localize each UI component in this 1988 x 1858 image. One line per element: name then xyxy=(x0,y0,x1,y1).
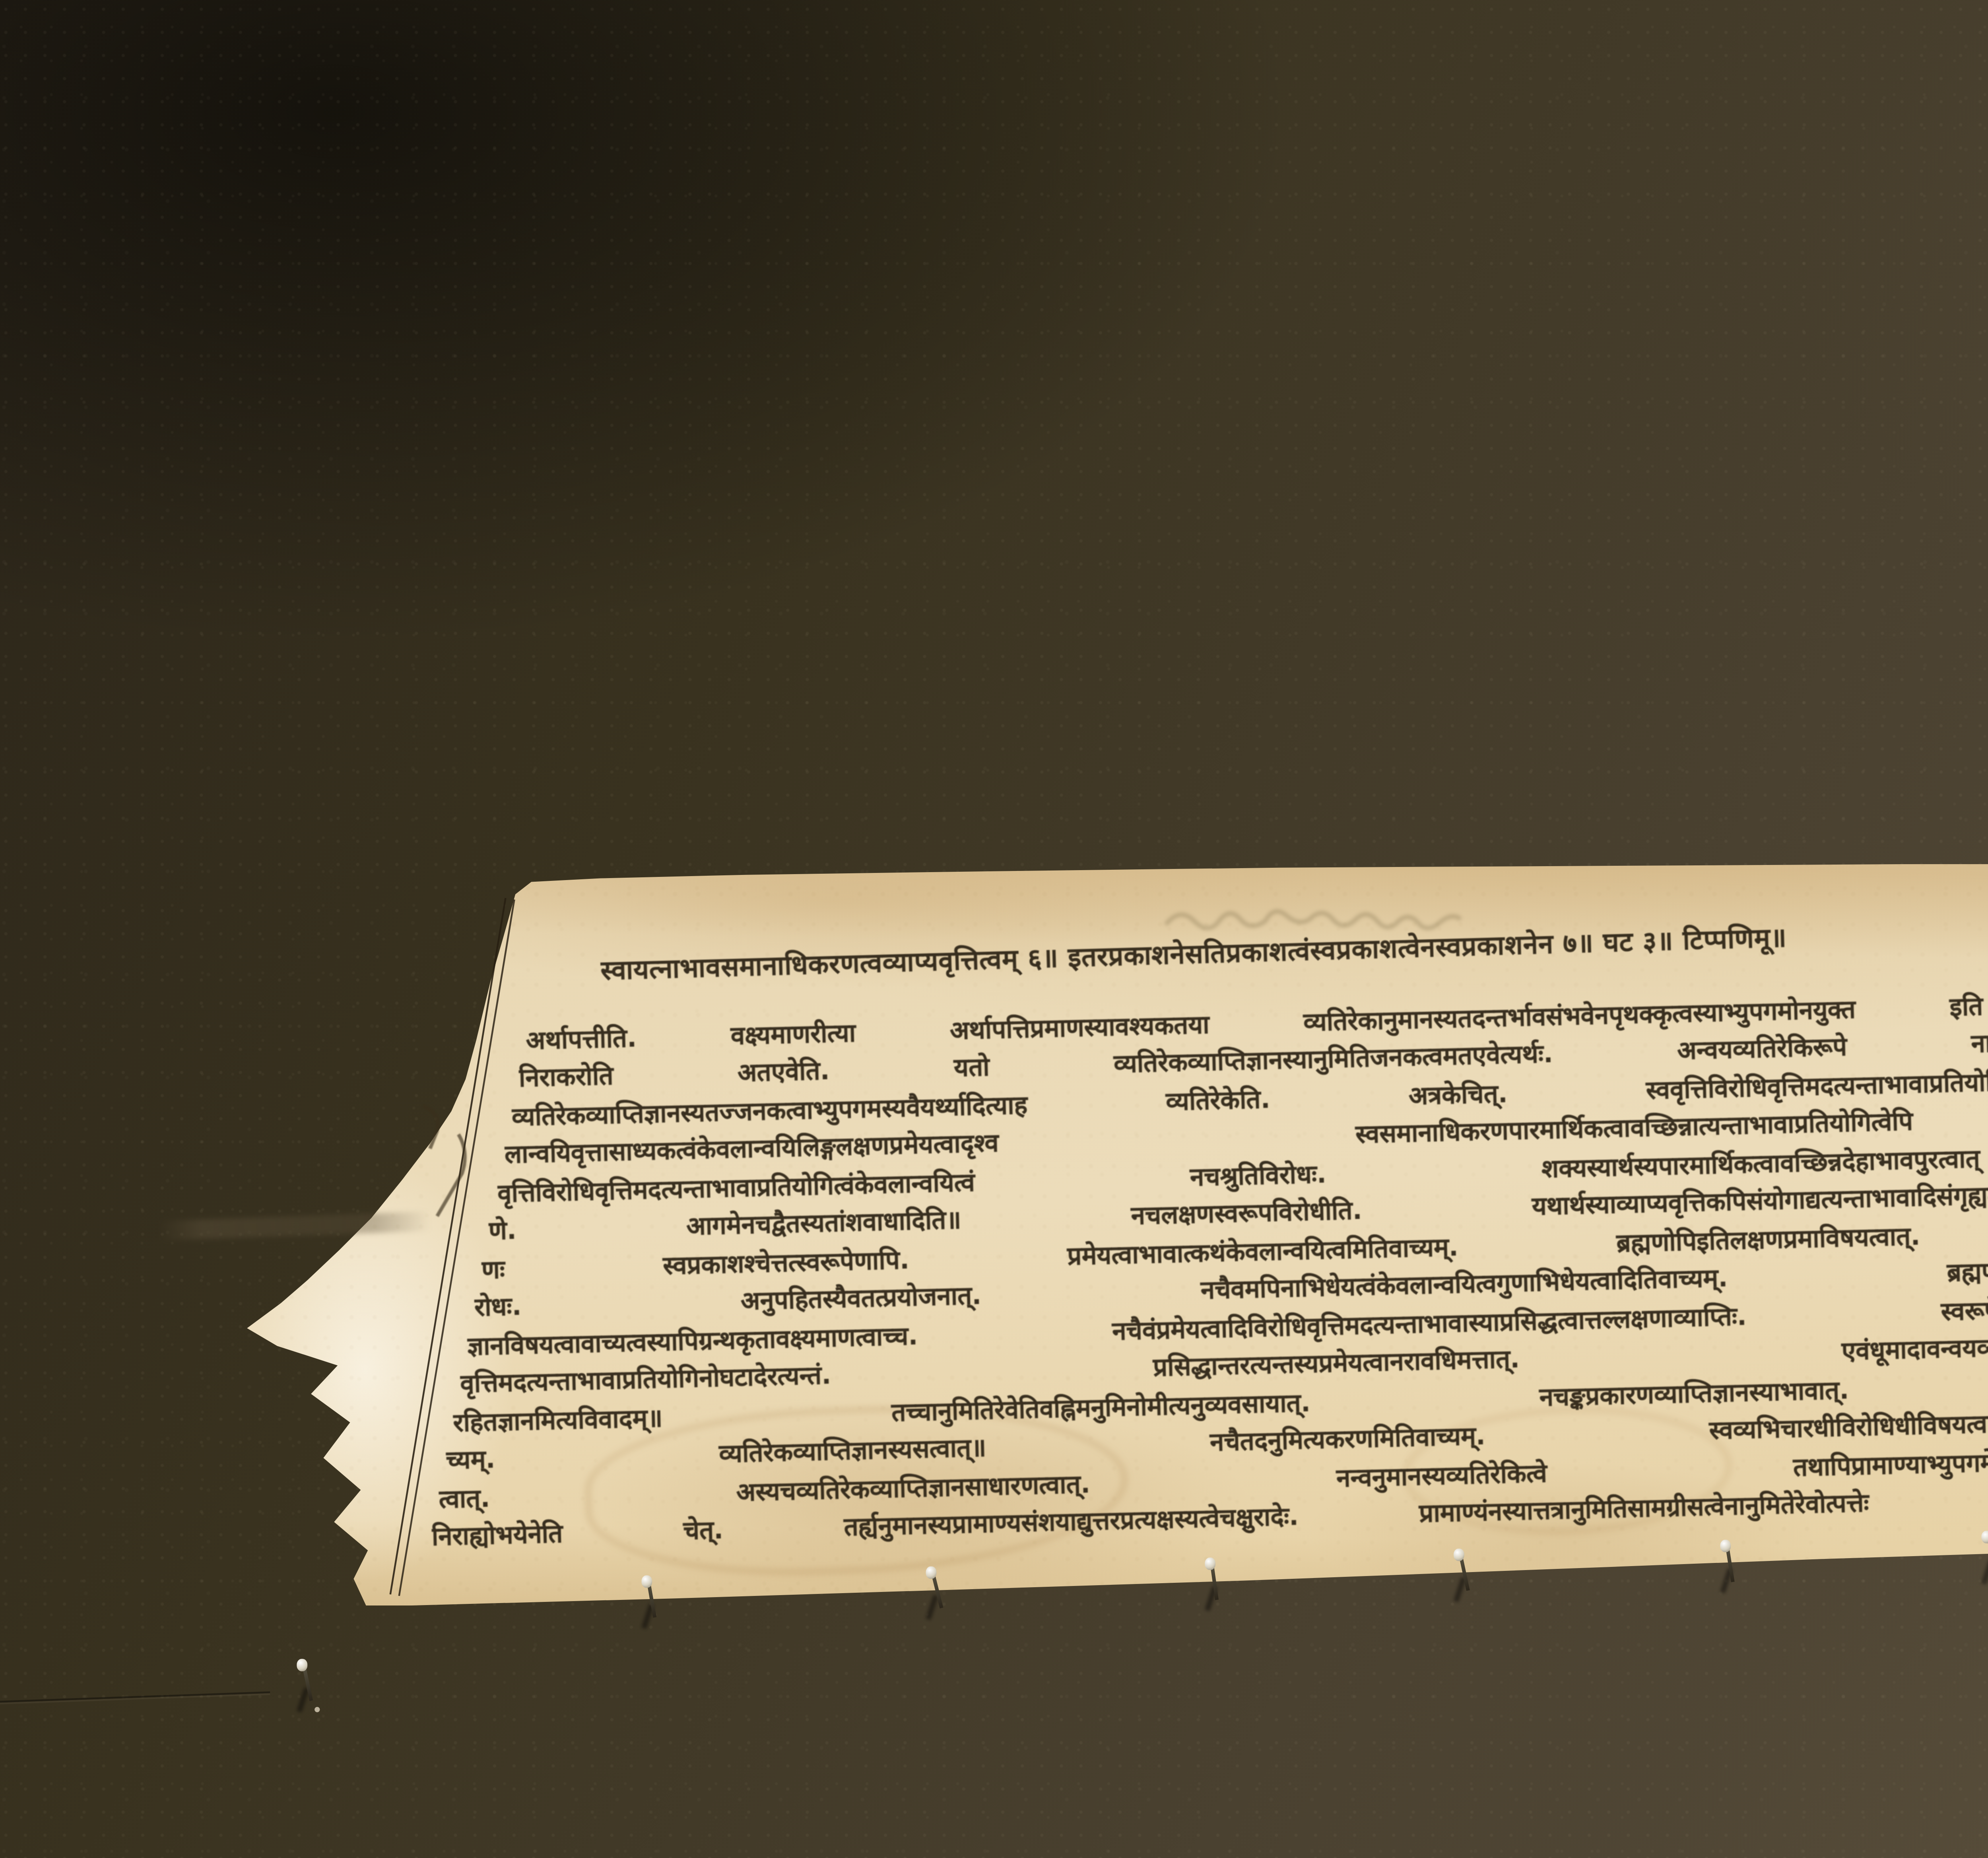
pin xyxy=(1454,1549,1468,1595)
pin xyxy=(1205,1557,1219,1603)
pin-head xyxy=(641,1575,651,1587)
pin-head xyxy=(926,1566,936,1578)
pin xyxy=(297,1659,311,1705)
pin-head xyxy=(297,1659,307,1670)
white-speck xyxy=(315,1707,320,1712)
pin xyxy=(1720,1540,1734,1586)
pin-head xyxy=(1720,1540,1730,1551)
pin xyxy=(1981,1531,1988,1577)
stray-ink-mark xyxy=(405,1099,487,1223)
pin-head xyxy=(1454,1549,1464,1560)
pin-head xyxy=(1205,1557,1215,1569)
pin xyxy=(641,1575,656,1621)
pin xyxy=(926,1566,940,1613)
photograph: स्वायत्नाभावसमानाधिकरणत्वव्याप्यवृत्तित्… xyxy=(0,0,1988,1858)
pin-head xyxy=(1981,1531,1988,1542)
